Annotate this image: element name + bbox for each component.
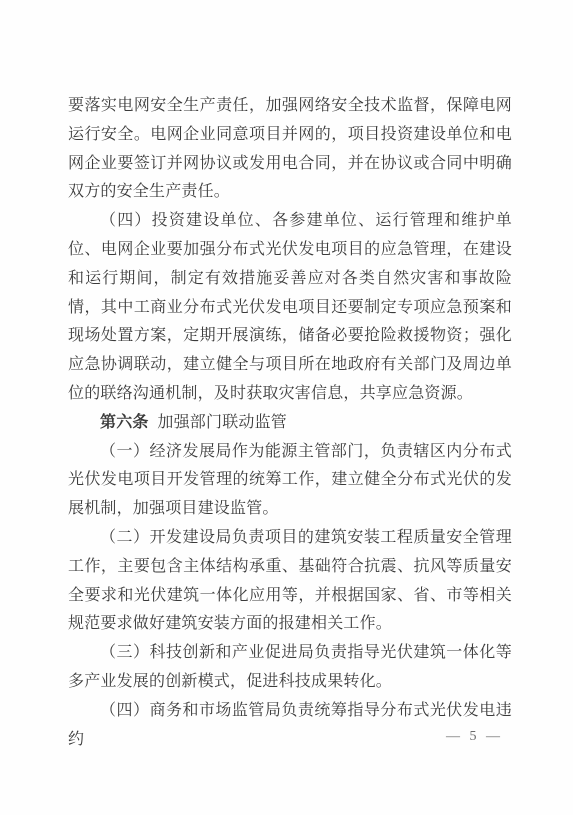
article-6-heading: 第六条加强部门联动监管 [68, 409, 512, 438]
article-number-label: 第六条 [100, 414, 149, 431]
scanned-document-page: 要落实电网安全生产责任，加强网络安全技术监督，保障电网运行安全。电网企业同意项目… [0, 0, 573, 815]
paragraph-item-1-economic-development-bureau: （一）经济发展局作为能源主管部门，负责辖区内分布式光伏发电项目开发管理的统筹工作… [68, 438, 512, 524]
document-body: 要落实电网安全生产责任，加强网络安全技术监督，保障电网运行安全。电网企业同意项目… [68, 92, 512, 754]
paragraph-item-4-emergency-management: （四）投资建设单位、各参建单位、运行管理和维护单位、电网企业要加强分布式光伏发电… [68, 207, 512, 409]
article-title: 加强部门联动监管 [157, 414, 287, 431]
paragraph-item-2-development-construction-bureau: （二）开发建设局负责项目的建筑安装工程质量安全管理工作，主要包含主体结构承重、基… [68, 524, 512, 639]
paragraph-item-3-science-technology-bureau: （三）科技创新和产业促进局负责指导光伏建筑一体化等多产业发展的创新模式，促进科技… [68, 639, 512, 697]
page-number: — 5 — [446, 727, 503, 747]
paragraph-grid-safety-continuation: 要落实电网安全生产责任，加强网络安全技术监督，保障电网运行安全。电网企业同意项目… [68, 92, 512, 207]
